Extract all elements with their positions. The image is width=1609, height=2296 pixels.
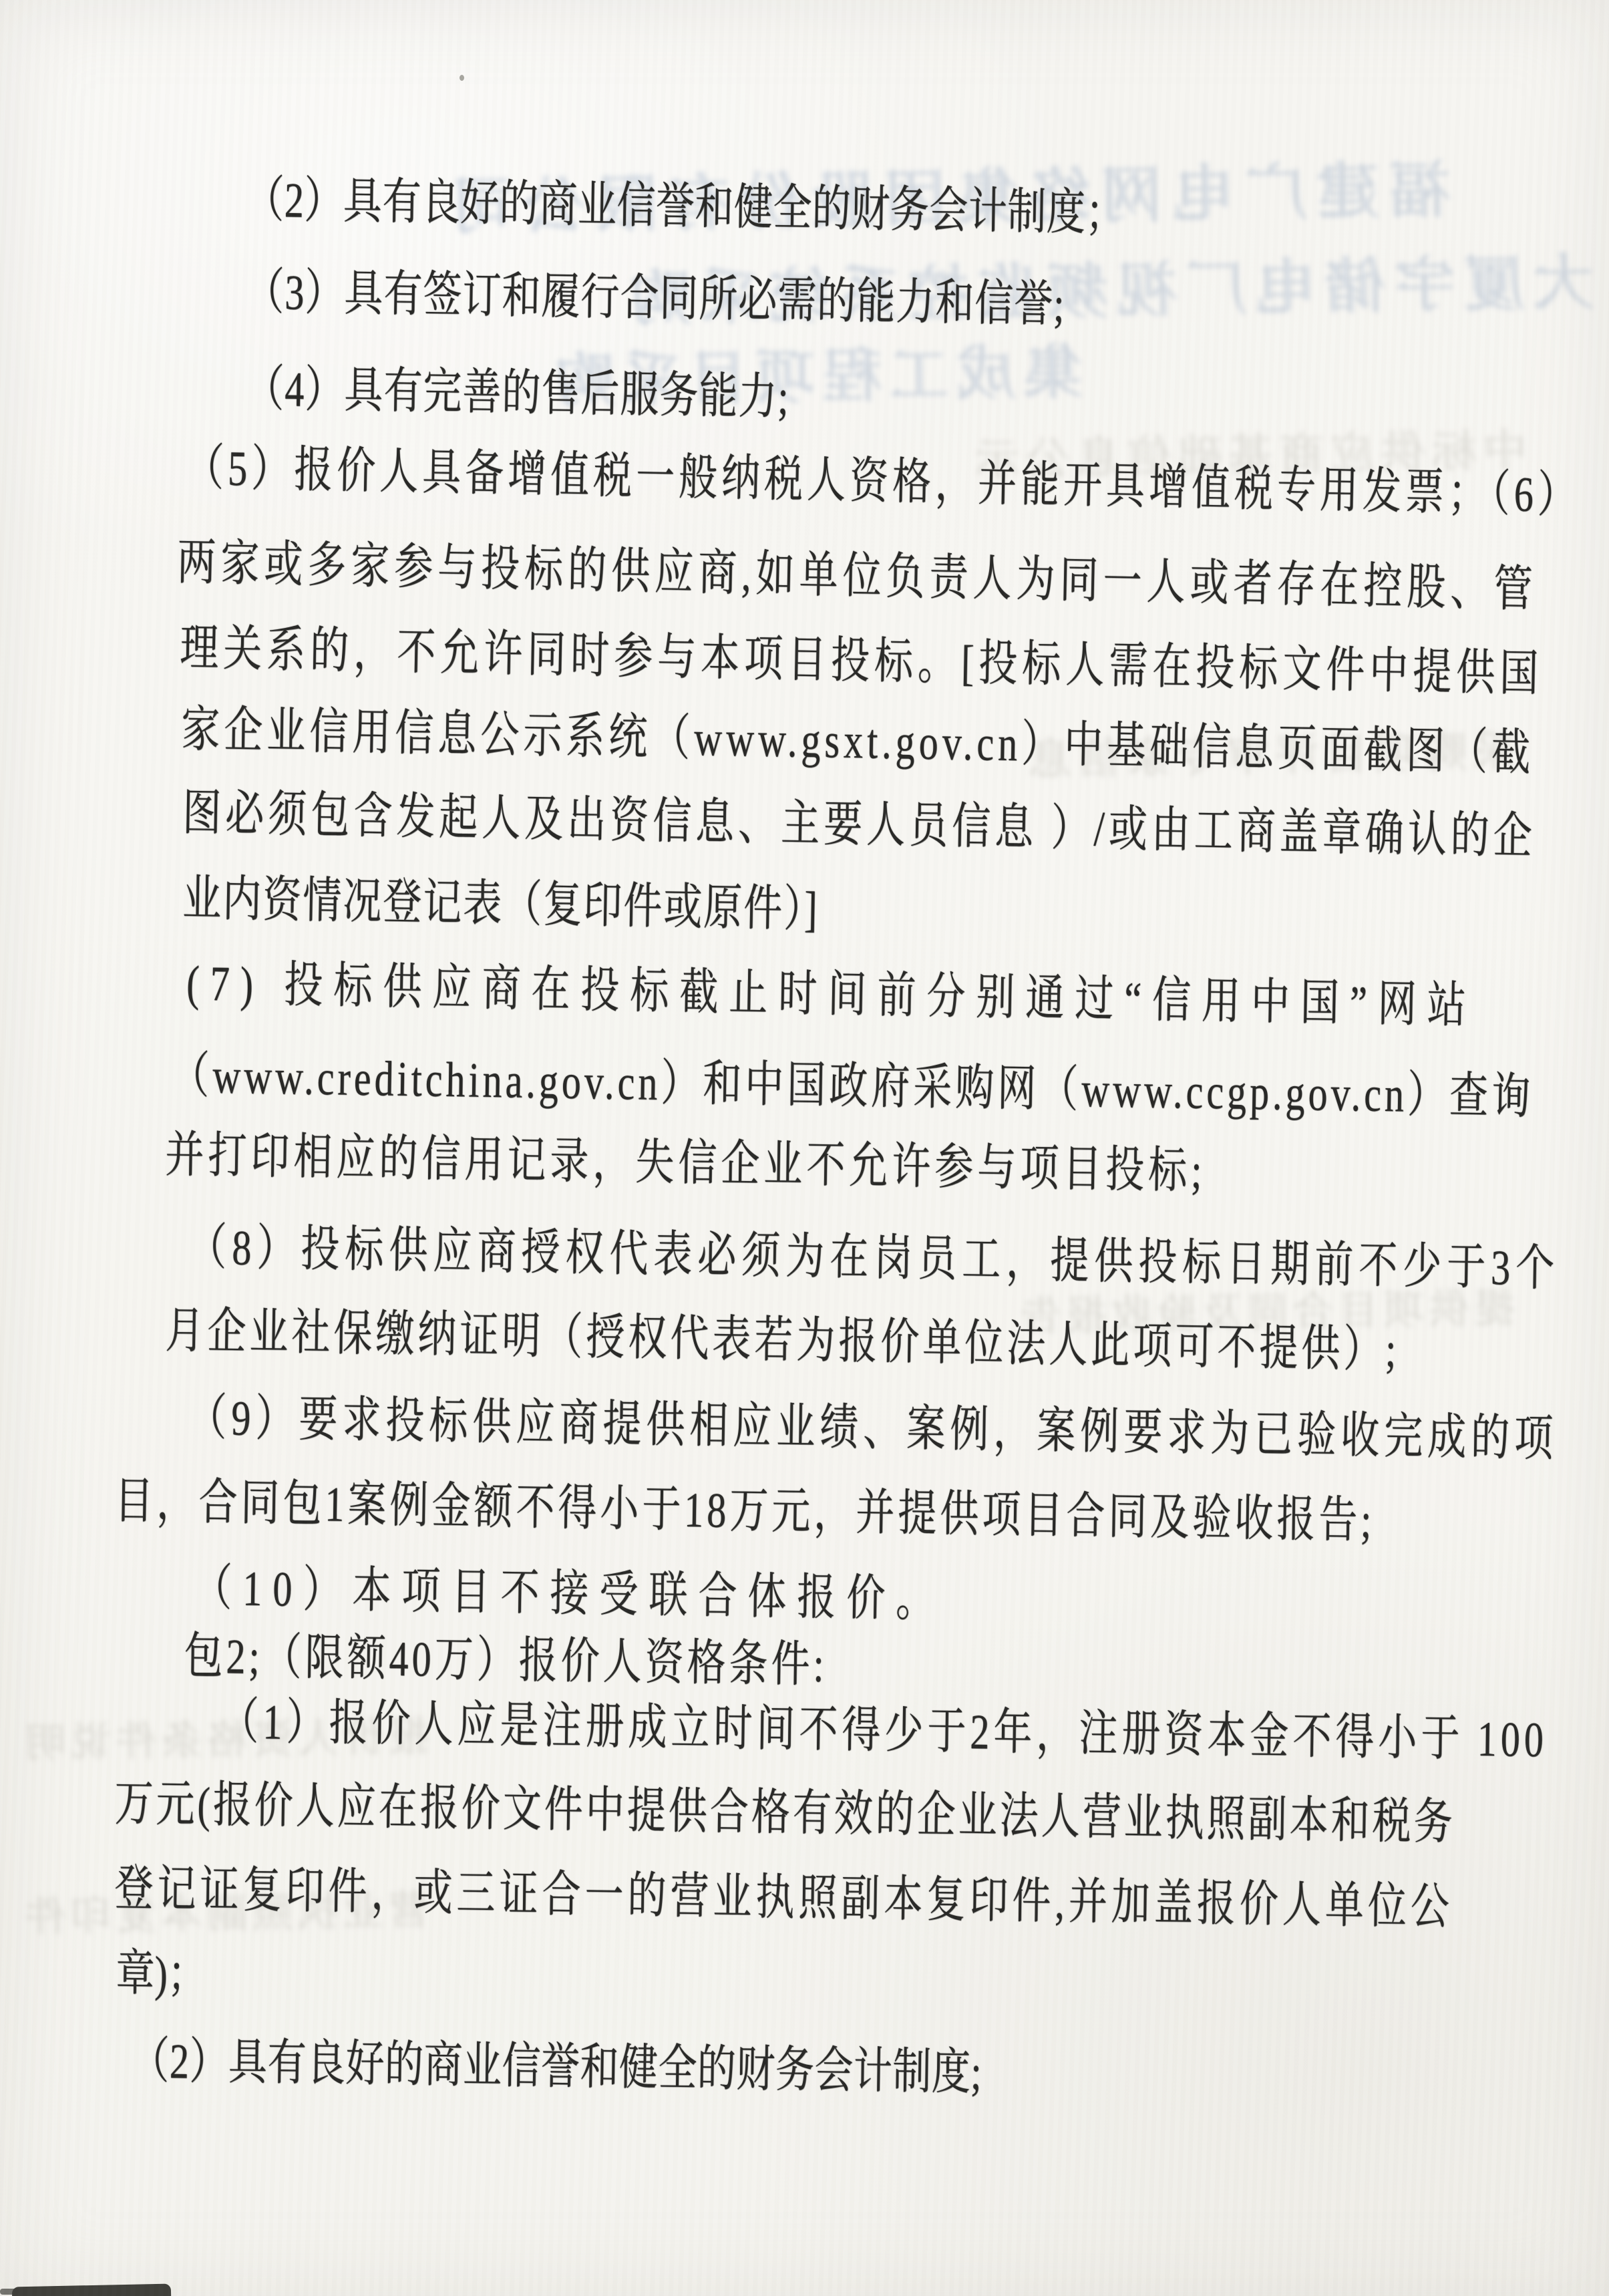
text-line: 登记证复印件，或三证合一的营业执照副本复印件,并加盖报价人单位公 <box>114 1864 1453 1932</box>
text-line: （10）本项目不接受联合体报价。 <box>193 1563 946 1625</box>
text-line: 目，合同包1案例金额不得小于18万元，并提供项目合同及验收报告; <box>114 1476 1375 1546</box>
text-line: （2）具有良好的商业信誉和健全的财务会计制度; <box>130 2036 982 2098</box>
text-line: 两家或多家参与投标的供应商,如单位负责人为同一人或者存在控股、管 <box>177 538 1538 615</box>
text-line: 万元(报价人应在报价文件中提供合格有效的企业法人营业执照副本和税务 <box>114 1779 1455 1847</box>
text-line: 理关系的，不允许同时参与本项目投标。[投标人需在投标文件中提供国 <box>180 623 1544 699</box>
text-line: （2）具有良好的商业信誉和健全的财务会计制度； <box>245 175 1125 238</box>
text-line: （8）投标供应商授权代表必须为在岗员工，提供投标日期前不少于3个 <box>188 1222 1560 1293</box>
text-line: （3）具有签订和履行合同所必需的能力和信誉; <box>245 267 1065 330</box>
text-line: 家企业信用信息公示系统（www.gsxt.gov.cn）中基础信息页面截图（截 <box>181 705 1535 778</box>
text-line: （9）要求投标供应商提供相应业绩、案例，案例要求为已验收完成的项 <box>188 1393 1558 1464</box>
text-line: 月企业社保缴纳证明（授权代表若为报价单位法人此项可不提供）; <box>165 1306 1400 1375</box>
text-line: （4）具有完善的售后服务能力; <box>245 364 789 422</box>
text-line: （www.creditchina.gov.cn）和中国政府采购网（www.ccg… <box>170 1051 1534 1122</box>
text-line: 包2;（限额40万）报价人资格条件: <box>184 1631 828 1690</box>
scan-corner-smudge <box>12 2284 171 2296</box>
scan-corner-smudge <box>0 2289 27 2295</box>
text-line: 业内资情况登记表（复印件或原件）] <box>182 874 819 935</box>
text-line: （5）报价人具备增值税一般纳税人资格，并能开具增值税专用发票；（6） <box>185 443 1581 520</box>
text-line: （1）报价人应是注册成立时间不得少于2年，注册资本金不得小于 100 <box>220 1697 1548 1765</box>
text-line: (7) 投标供应商在投标截止时间前分别通过“信用中国”网站 <box>186 959 1477 1031</box>
text-line: 并打印相应的信用记录，失信企业不允许参与项目投标; <box>165 1130 1206 1196</box>
text-line: 章)； <box>116 1949 206 1999</box>
text-line: 图必须包含发起人及出资信息、主要人员信息 ）/或由工商盖章确认的企 <box>182 788 1537 862</box>
scanned-document-page: 福建广电网络集团股份有限公司 大厦宇储电厂视频监控系统采购 集成工程项目采购 中… <box>0 0 1609 2296</box>
scan-speck <box>460 75 464 81</box>
